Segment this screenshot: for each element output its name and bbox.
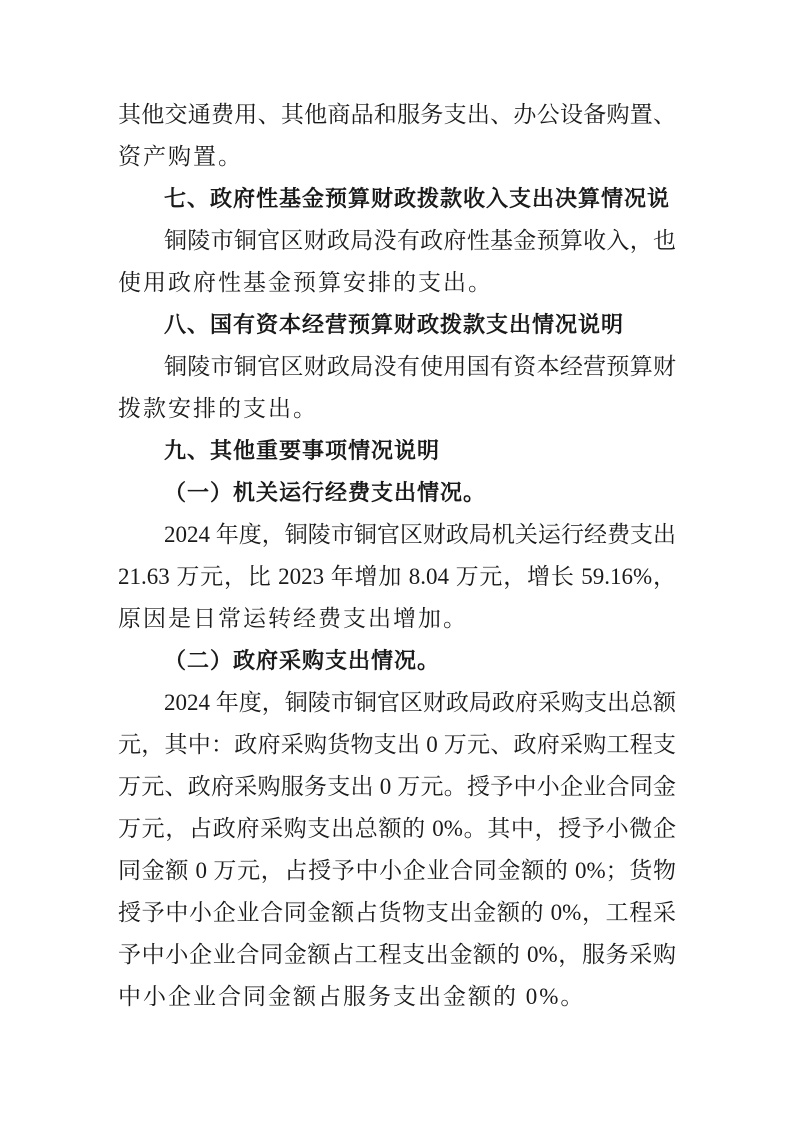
document-body: 其他交通费用、其他商品和服务支出、办公设备购置、无形 资产购置。 七、政府性基金… bbox=[118, 94, 676, 1018]
section-heading-7: 七、政府性基金预算财政拨款收入支出决算情况说明 bbox=[118, 178, 676, 220]
body-text-line: 万元、政府采购服务支出 0 万元。授予中小企业合同金额 0 bbox=[118, 766, 676, 808]
body-text-line: 2024 年度，铜陵市铜官区财政局机关运行经费支出 bbox=[118, 514, 676, 556]
body-text-line: 其他交通费用、其他商品和服务支出、办公设备购置、无形 bbox=[118, 94, 676, 136]
body-text-line: 使用政府性基金预算安排的支出。 bbox=[118, 262, 676, 304]
subsection-heading-2: （二）政府采购支出情况。 bbox=[118, 640, 676, 682]
section-heading-8: 八、国有资本经营预算财政拨款支出情况说明 bbox=[118, 304, 676, 346]
body-text-line: 资产购置。 bbox=[118, 136, 676, 178]
body-text-line: 拨款安排的支出。 bbox=[118, 388, 676, 430]
body-text-line: 原因是日常运转经费支出增加。 bbox=[118, 598, 676, 640]
body-text-line: 同金额 0 万元，占授予中小企业合同金额的 0%；货物采购 bbox=[118, 850, 676, 892]
body-text-line: 2024 年度，铜陵市铜官区财政局政府采购支出总额 0 万 bbox=[118, 682, 676, 724]
body-text-line: 元，其中：政府采购货物支出 0 万元、政府采购工程支出 0 bbox=[118, 724, 676, 766]
subsection-heading-1: （一）机关运行经费支出情况。 bbox=[118, 472, 676, 514]
body-text-line: 授予中小企业合同金额占货物支出金额的 0%，工程采购授 bbox=[118, 892, 676, 934]
document-page: 其他交通费用、其他商品和服务支出、办公设备购置、无形 资产购置。 七、政府性基金… bbox=[0, 0, 793, 1122]
body-text-line: 万元，占政府采购支出总额的 0%。其中，授予小微企业合 bbox=[118, 808, 676, 850]
body-text-line: 铜陵市铜官区财政局没有政府性基金预算收入，也没有 bbox=[118, 220, 676, 262]
body-text-line: 21.63 万元，比 2023 年增加 8.04 万元，增长 59.16%，主要 bbox=[118, 556, 676, 598]
body-text-line: 予中小企业合同金额占工程支出金额的 0%，服务采购授予 bbox=[118, 934, 676, 976]
body-text-line: 铜陵市铜官区财政局没有使用国有资本经营预算财政 bbox=[118, 346, 676, 388]
body-text-line: 中小企业合同金额占服务支出金额的 0%。 bbox=[118, 976, 676, 1018]
section-heading-9: 九、其他重要事项情况说明 bbox=[118, 430, 676, 472]
